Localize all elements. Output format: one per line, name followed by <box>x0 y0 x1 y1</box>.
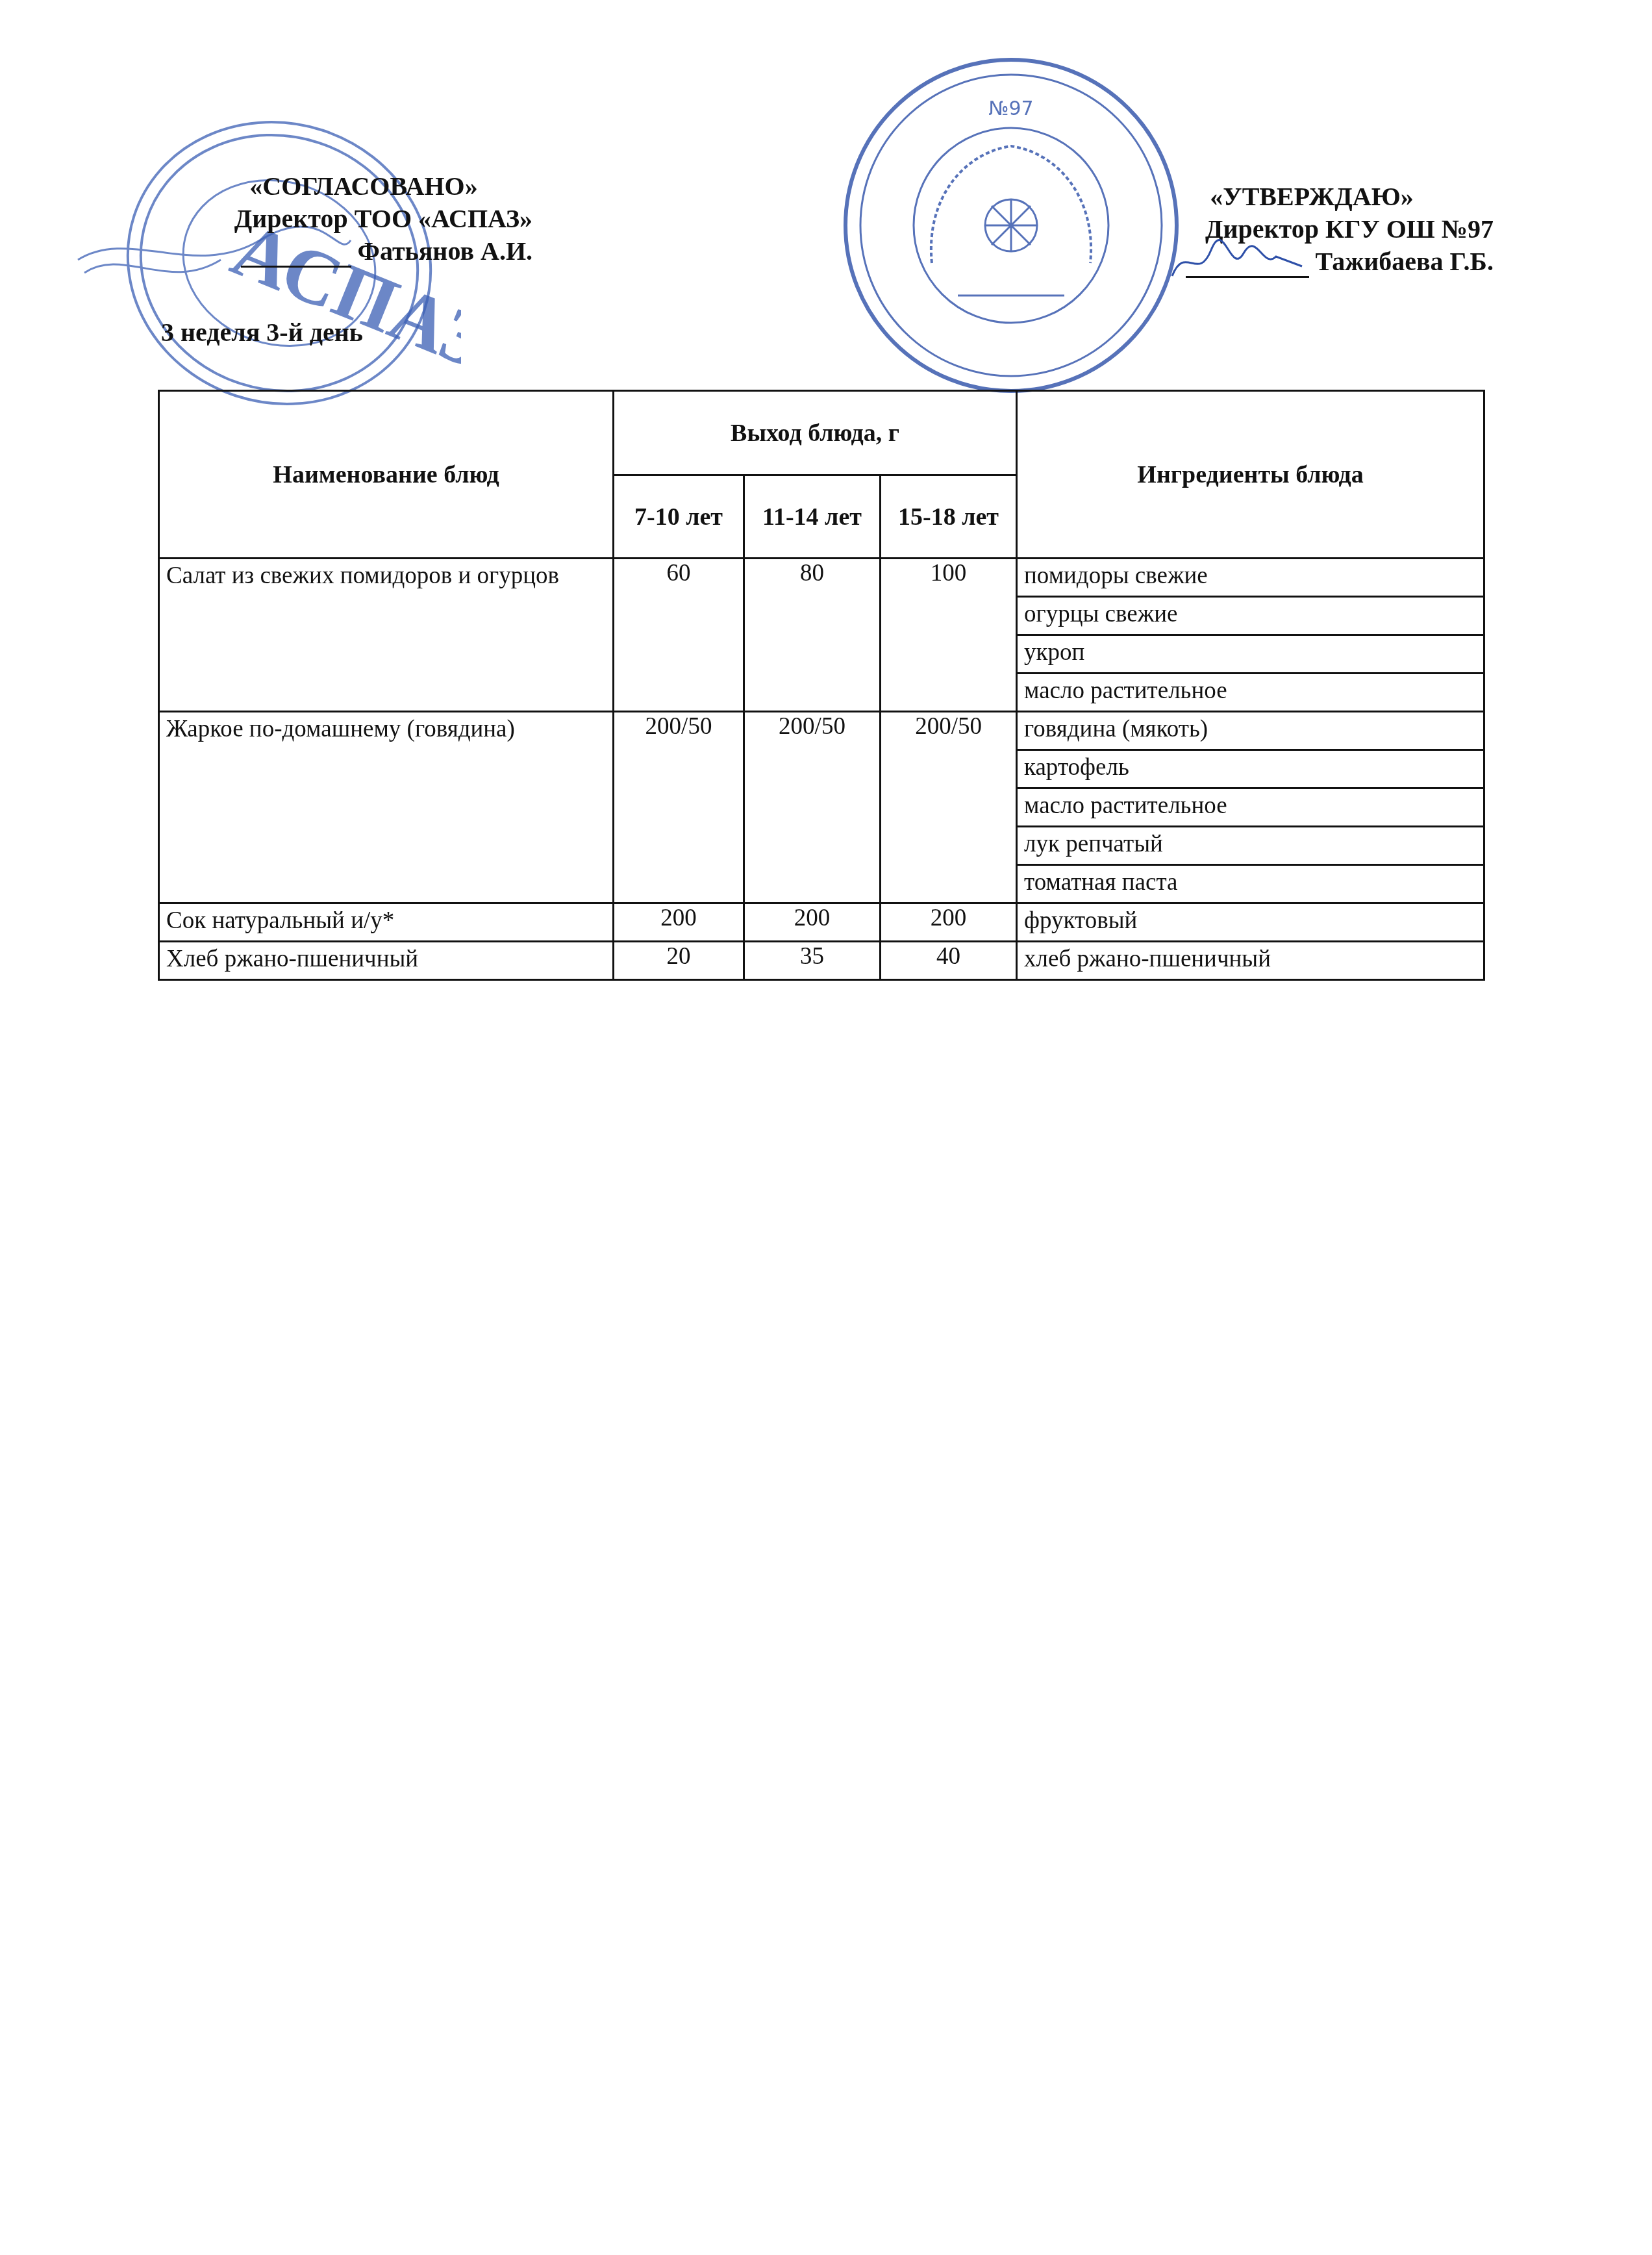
yield-11-14: 200/50 <box>744 712 881 903</box>
yield-11-14: 200 <box>744 903 881 942</box>
yield-15-18: 200/50 <box>881 712 1017 903</box>
ingredient: хлеб ржано-пшеничный <box>1017 942 1484 980</box>
approved-heading: «УТВЕРЖДАЮ» <box>1130 181 1494 213</box>
yield-7-10: 200 <box>614 903 744 942</box>
header-yield: Выход блюда, г <box>614 391 1017 475</box>
svg-text:№97: №97 <box>988 97 1033 120</box>
yield-15-18: 200 <box>881 903 1017 942</box>
signature-scribble <box>1166 231 1308 289</box>
ingredient: фруктовый <box>1017 903 1484 942</box>
table-row: Хлеб ржано-пшеничный 20 35 40 хлеб ржано… <box>159 942 1484 980</box>
ingredient: лук репчатый <box>1017 827 1484 865</box>
agreed-name-line: Фатьянов А.И. <box>195 235 532 268</box>
table-row: Салат из свежих помидоров и огурцов 60 8… <box>159 559 1484 597</box>
dish-name: Хлеб ржано-пшеничный <box>159 942 614 980</box>
agreed-position: Директор ТОО «АСПАЗ» <box>195 203 532 235</box>
ingredient: томатная паста <box>1017 865 1484 903</box>
yield-15-18: 100 <box>881 559 1017 712</box>
ingredient: укроп <box>1017 635 1484 674</box>
header-dish-name: Наименование блюд <box>159 391 614 559</box>
dish-name: Салат из свежих помидоров и огурцов <box>159 559 614 712</box>
menu-period: 3 неделя 3-й день <box>161 317 363 347</box>
ingredient: картофель <box>1017 750 1484 788</box>
menu-table: Наименование блюд Выход блюда, г Ингреди… <box>158 390 1485 981</box>
signature-line <box>241 266 351 268</box>
ingredient: масло растительное <box>1017 788 1484 827</box>
header-age-15-18: 15-18 лет <box>881 475 1017 559</box>
dish-name: Сок натуральный и/у* <box>159 903 614 942</box>
yield-11-14: 35 <box>744 942 881 980</box>
yield-7-10: 200/50 <box>614 712 744 903</box>
approved-name: Тажибаева Г.Б. <box>1316 247 1494 276</box>
header-age-7-10: 7-10 лет <box>614 475 744 559</box>
ingredient: масло растительное <box>1017 674 1484 712</box>
yield-11-14: 80 <box>744 559 881 712</box>
header-ingredients: Ингредиенты блюда <box>1017 391 1484 559</box>
agreed-name: Фатьянов А.И. <box>358 236 532 266</box>
ingredient: помидоры свежие <box>1017 559 1484 597</box>
agreed-block: «СОГЛАСОВАНО» Директор ТОО «АСПАЗ» Фатья… <box>195 170 532 268</box>
agreed-heading: «СОГЛАСОВАНО» <box>195 170 532 203</box>
header-age-11-14: 11-14 лет <box>744 475 881 559</box>
ingredient: говядина (мякоть) <box>1017 712 1484 750</box>
yield-7-10: 60 <box>614 559 744 712</box>
table-row: Сок натуральный и/у* 200 200 200 фруктов… <box>159 903 1484 942</box>
table-row: Жаркое по-домашнему (говядина) 200/50 20… <box>159 712 1484 750</box>
ingredient: огурцы свежие <box>1017 597 1484 635</box>
yield-15-18: 40 <box>881 942 1017 980</box>
dish-name: Жаркое по-домашнему (говядина) <box>159 712 614 903</box>
yield-7-10: 20 <box>614 942 744 980</box>
